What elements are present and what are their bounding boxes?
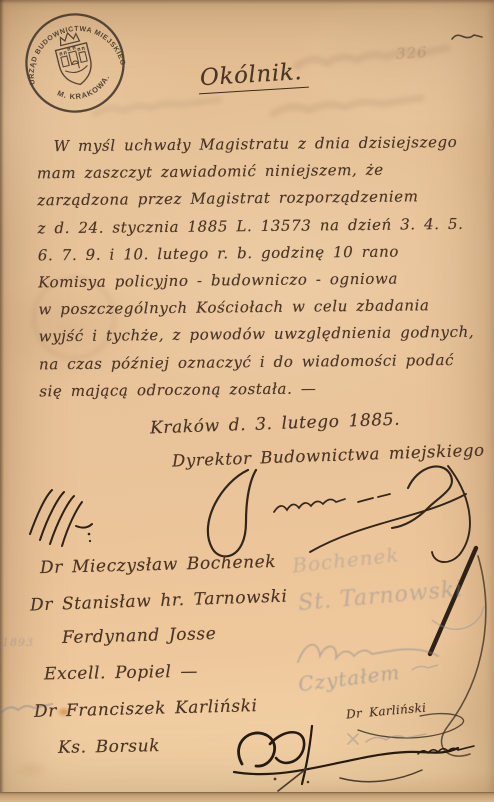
dateline: Kraków d. 3. lutego 1885.: [150, 410, 401, 439]
scan-edge-left: [0, 0, 4, 802]
body-line: wyjść i tychże, z powodów uwzględnienia …: [39, 319, 485, 351]
recipient-name: Dr Mieczysław Bochenek: [40, 552, 277, 578]
body-line: zarządzona przez Magistrat rozporządzeni…: [37, 183, 483, 215]
pencil-smudge: [90, 94, 240, 122]
borsuk-signature: [222, 720, 488, 796]
scan-edge-bottom: [0, 792, 494, 802]
body-line: na czas później oznaczyć i do wiadomości…: [39, 346, 485, 378]
body-line: z d. 24. stycznia 1885 L. 13573 na dzień…: [37, 210, 483, 242]
recipient-name: Dr Stanisław hr. Tarnowski: [30, 587, 288, 616]
document-scan: URZĄD BUDOWNICTWA MIEJSKIEGO STOŁ.KRÓL. …: [0, 0, 494, 802]
document-title: Okólnik.: [197, 59, 309, 92]
page-number-ghost: 326: [395, 43, 428, 63]
body-line: W myśl uchwały Magistratu z dnia dzisiej…: [37, 129, 483, 161]
margin-year-ghost: 1893: [2, 636, 34, 649]
margin-initials-scribble: [18, 482, 102, 554]
recipient-name: Ks. Borsuk: [58, 736, 160, 758]
recipient-name: Excell. Popiel —: [44, 662, 198, 685]
recipient-name: Dr Franciszek Karliński: [34, 696, 258, 722]
ink-tick-mark: [448, 26, 486, 48]
ink-bleedthrough-smudge: [268, 86, 438, 124]
scan-edge-top: [0, 0, 494, 4]
body-paragraph: W myśl uchwały Magistratu z dnia dzisiej…: [37, 129, 486, 406]
body-line: się mającą odroczoną została. —: [39, 373, 485, 405]
recipient-name: Ferdynand Josse: [62, 624, 217, 648]
